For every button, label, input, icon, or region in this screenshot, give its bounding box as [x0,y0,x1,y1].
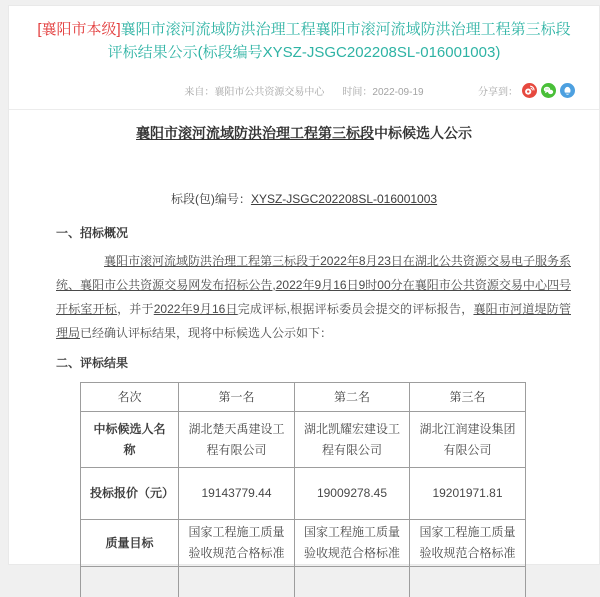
candidate-2-quality: 国家工程施工质量验收规范合格标准 [295,520,410,539]
time-value: 2022-09-19 [372,87,423,98]
bid-no-value: XYSZ-JSGC202208SL-016001003 [251,192,437,206]
qq-share-icon[interactable] [560,83,575,98]
candidate-3-quality: 国家工程施工质量验收规范合格标准 [410,520,526,539]
document-heading-suffix: 中标候选人公示 [374,125,472,141]
candidate-1-price: 19143779.44 [179,468,295,520]
paragraph-segment: 完成评标,根据评标委员会提交的评标报告， [238,302,474,316]
candidate-1-name: 湖北楚天禹建设工程有限公司 [179,412,295,468]
page-title: [襄阳市本级]襄阳市滚河流域防洪治理工程襄阳市滚河流域防洪治理工程第三标段评标结… [35,18,573,64]
section-title-results: 二、评标结果 [56,354,569,371]
wechat-share-icon[interactable] [541,83,556,98]
candidate-3-name: 湖北江润建设集团有限公司 [410,412,526,468]
time-label: 时间： [342,87,372,98]
header-divider [9,109,599,110]
share-bar: 分享到： [478,83,575,98]
bid-no-label: 标段(包)编号： [171,192,251,206]
share-label: 分享到： [478,83,518,98]
row-label-candidates: 中标候选人名称 [81,412,179,468]
row-label-quality: 质量目标 [81,520,179,539]
overview-paragraph: 襄阳市滚河流域防洪治理工程第三标段于2022年8月23日在湖北公共资源交易电子服… [56,249,571,345]
col-header-rank: 名次 [81,383,179,412]
candidate-1-quality: 国家工程施工质量验收规范合格标准 [179,520,295,539]
paragraph-segment: 已经确认评标结果，现将中标候选人公示如下： [80,326,332,340]
meta-bar: 来自：襄阳市公共资源交易中心时间：2022-09-19 分享到： [9,83,599,100]
evaluation-results-table: 名次 第一名 第二名 第三名 中标候选人名称 湖北楚天禹建设工程有限公司 湖北凯… [80,382,526,538]
col-header-second: 第二名 [295,383,410,412]
announcement-card: [襄阳市本级]襄阳市滚河流域防洪治理工程襄阳市滚河流域防洪治理工程第三标段评标结… [8,5,600,538]
document-heading-project: 襄阳市滚河流域防洪治理工程第三标段 [136,125,374,141]
section-title-overview: 一、招标概况 [56,224,569,241]
paragraph-segment: 2022年9月16日 [154,302,238,316]
source-value: 襄阳市公共资源交易中心 [214,87,324,98]
col-header-first: 第一名 [179,383,295,412]
weibo-share-icon[interactable] [522,83,537,98]
candidate-2-price: 19009278.45 [295,468,410,520]
title-main-text: 襄阳市滚河流域防洪治理工程襄阳市滚河流域防洪治理工程第三标段评标结果公示(标段编… [108,21,571,61]
col-header-third: 第三名 [410,383,526,412]
table-header-row: 名次 第一名 第二名 第三名 [81,383,526,412]
document-heading: 襄阳市滚河流域防洪治理工程第三标段中标候选人公示 [9,123,599,143]
source-label: 来自： [184,87,214,98]
table-row-bid-price: 投标报价（元） 19143779.44 19009278.45 19201971… [81,468,526,520]
title-region-tag: [襄阳市本级] [37,21,120,38]
bid-section-number: 标段(包)编号：XYSZ-JSGC202208SL-016001003 [9,190,599,207]
table-row-candidates: 中标候选人名称 湖北楚天禹建设工程有限公司 湖北凯耀宏建设工程有限公司 湖北江润… [81,412,526,468]
candidate-3-price: 19201971.81 [410,468,526,520]
table-row-quality-target: 质量目标 国家工程施工质量验收规范合格标准 国家工程施工质量验收规范合格标准 国… [81,520,526,539]
candidate-2-name: 湖北凯耀宏建设工程有限公司 [295,412,410,468]
paragraph-segment: ，并于 [117,302,154,316]
row-label-bid-price: 投标报价（元） [81,468,179,520]
